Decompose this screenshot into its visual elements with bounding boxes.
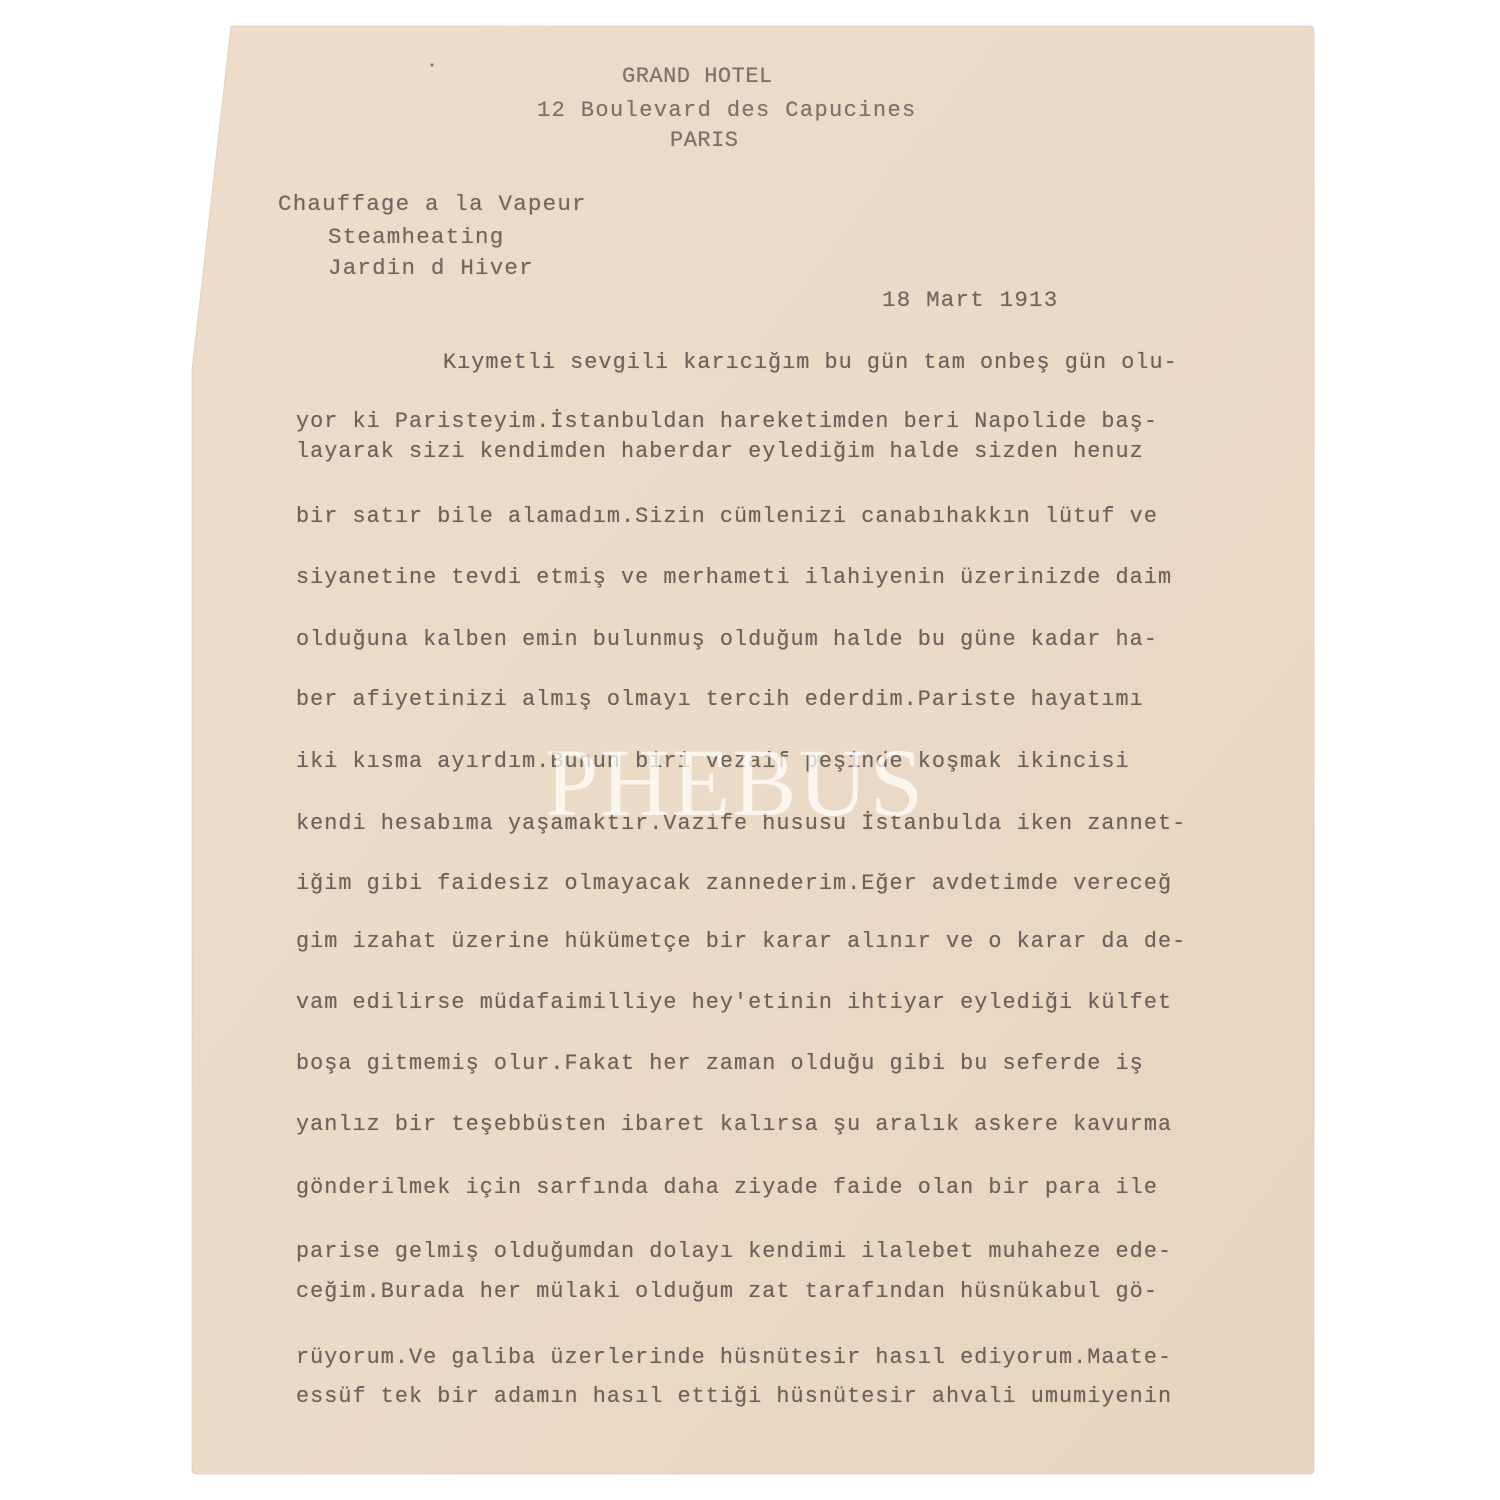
body-line: gönderilmek için sarfında daha ziyade fa…	[296, 1175, 1158, 1201]
body-line: parise gelmiş olduğumdan dolayı kendimi …	[296, 1239, 1172, 1265]
body-line: Kıymetli sevgili karıcığım bu gün tam on…	[443, 350, 1178, 376]
body-line: boşa gitmemiş olur.Fakat her zaman olduğ…	[296, 1051, 1144, 1077]
body-line: siyanetine tevdi etmiş ve merhameti ilah…	[296, 565, 1172, 591]
body-line: iğim gibi faidesiz olmayacak zannederim.…	[296, 871, 1172, 897]
body-line: essüf tek bir adamın hasıl ettiği hüsnüt…	[296, 1384, 1172, 1410]
amenity-line: Chauffage a la Vapeur	[278, 191, 587, 217]
body-line: kendi hesabıma yaşamaktır.Vazife hususu …	[296, 811, 1186, 837]
amenity-line: Steamheating	[328, 224, 504, 250]
body-line: yor ki Paristeyim.İstanbuldan hareketimd…	[296, 409, 1158, 435]
body-line: iki kısma ayırdım.Bunun biri vezaif peşi…	[296, 749, 1130, 775]
body-line: ceğim.Burada her mülaki olduğum zat tara…	[296, 1279, 1158, 1305]
letter-date: 18 Mart 1913	[882, 287, 1058, 313]
hotel-city: PARIS	[670, 128, 739, 154]
hotel-name: GRAND HOTEL	[622, 64, 773, 90]
body-line: vam edilirse müdafaimilliye hey'etinin i…	[296, 990, 1172, 1016]
letter-paper: GRAND HOTEL 12 Boulevard des Capucines P…	[0, 0, 1500, 1500]
body-line: rüyorum.Ve galiba üzerlerinde hüsnütesir…	[296, 1345, 1172, 1371]
body-line: bir satır bile alamadım.Sizin cümlenizi …	[296, 504, 1158, 530]
amenity-line: Jardin d Hiver	[328, 255, 534, 281]
body-line: gim izahat üzerine hükümetçe bir karar a…	[296, 929, 1186, 955]
body-line: layarak sizi kendimden haberdar eylediği…	[296, 439, 1144, 465]
body-line: olduğuna kalben emin bulunmuş olduğum ha…	[296, 627, 1158, 653]
body-line: yanlız bir teşebbüsten ibaret kalırsa şu…	[296, 1112, 1172, 1138]
body-line: ber afiyetinizi almış olmayı tercih eder…	[296, 687, 1144, 713]
hotel-address: 12 Boulevard des Capucines	[537, 98, 917, 124]
